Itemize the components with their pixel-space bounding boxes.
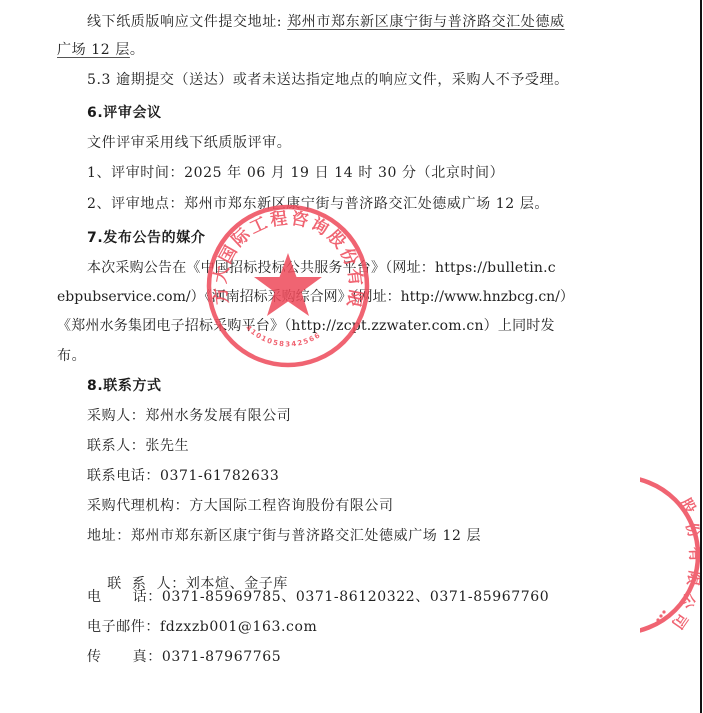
section-8-heading: 8.联系方式	[87, 377, 162, 395]
address-value: 郑州市郑东新区康宁街与普济路交汇处德威广场 12 层	[131, 528, 481, 544]
fax-line: 传真：0371-87967765	[87, 648, 281, 666]
section-7-heading: 7.发布公告的媒介	[87, 229, 205, 247]
fax-label-a: 传	[87, 649, 102, 665]
document-page: 线下纸质版响应文件提交地址: 郑州市郑东新区康宁街与普济路交汇处德威 广场 12…	[0, 0, 703, 713]
paging-seal-stamp: 股 份 有 限 公 司	[640, 470, 702, 640]
svg-text:股: 股	[677, 495, 701, 518]
svg-text:公: 公	[676, 591, 699, 613]
svg-text:司: 司	[668, 610, 691, 633]
media-line-2: ebpubservice.com/）《河南招标采购综合网》（网址：http://…	[57, 288, 574, 306]
page-edge-divider	[700, 0, 702, 713]
period: 。	[130, 42, 145, 58]
review-method: 文件评审采用线下纸质版评审。	[87, 134, 291, 152]
review-place: 2、评审地点：郑州市郑东新区康宁街与普济路交汇处德威广场 12 层。	[87, 195, 549, 213]
email-label: 电子邮件：	[87, 619, 160, 635]
buyer-name: 郑州水务发展有限公司	[145, 408, 291, 424]
review-time: 1、评审时间：2025 年 06 月 19 日 14 时 30 分（北京时间）	[87, 164, 504, 182]
agency-label: 采购代理机构：	[87, 498, 189, 514]
submit-address-line-2: 广场 12 层。	[57, 41, 145, 59]
agency-phone-label-a: 电	[87, 589, 102, 605]
buyer-contact-line: 联系人：张先生	[87, 437, 189, 455]
buyer-label: 采购人：	[87, 408, 145, 424]
buyer-contact-name: 张先生	[145, 438, 189, 454]
submit-address-line: 线下纸质版响应文件提交地址: 郑州市郑东新区康宁街与普济路交汇处德威	[87, 13, 565, 31]
agency-phone-line: 电话：0371-85969785、0371-86120322、0371-8596…	[87, 588, 549, 606]
email-value: fdzxzb001@163.com	[160, 619, 317, 635]
buyer-phone: 0371-61782633	[160, 468, 279, 484]
email-line: 电子邮件：fdzxzb001@163.com	[87, 618, 317, 636]
agency-name: 方大国际工程咨询股份有限公司	[189, 498, 393, 514]
address-label: 地址：	[87, 528, 131, 544]
submit-address-label: 线下纸质版响应文件提交地址:	[87, 14, 282, 30]
buyer-line: 采购人：郑州水务发展有限公司	[87, 407, 291, 425]
company-seal-stamp: 方大国际工程咨询股份有限公司 4101058342566	[205, 203, 371, 369]
media-line-4: 布。	[57, 347, 86, 365]
buyer-phone-line: 联系电话：0371-61782633	[87, 467, 279, 485]
buyer-phone-label: 联系电话：	[87, 468, 160, 484]
submit-address-value: 郑州市郑东新区康宁街与普济路交汇处德威	[287, 14, 564, 30]
media-line-1: 本次采购公告在《中国招标投标公共服务平台》（网址：https://bulleti…	[87, 259, 556, 277]
media-line-3: 《郑州水务集团电子招标采购平台》（http://zcpt.zzwater.com…	[57, 317, 555, 335]
fax-value: 0371-87967765	[162, 649, 281, 665]
buyer-contact-label: 联系人：	[87, 438, 145, 454]
fax-label-b: 真：	[133, 649, 162, 665]
late-submission-clause: 5.3 逾期提交（送达）或者未送达指定地点的响应文件，采购人不予受理。	[87, 71, 569, 89]
section-6-heading: 6.评审会议	[87, 104, 162, 122]
agency-line: 采购代理机构：方大国际工程咨询股份有限公司	[87, 497, 394, 515]
agency-phones: 0371-85969785、0371-86120322、0371-8596776…	[162, 589, 549, 605]
agency-phone-label-b: 话：	[133, 589, 162, 605]
address-line: 地址：郑州市郑东新区康宁街与普济路交汇处德威广场 12 层	[87, 527, 481, 545]
submit-address-value-cont: 广场 12 层	[57, 42, 130, 58]
